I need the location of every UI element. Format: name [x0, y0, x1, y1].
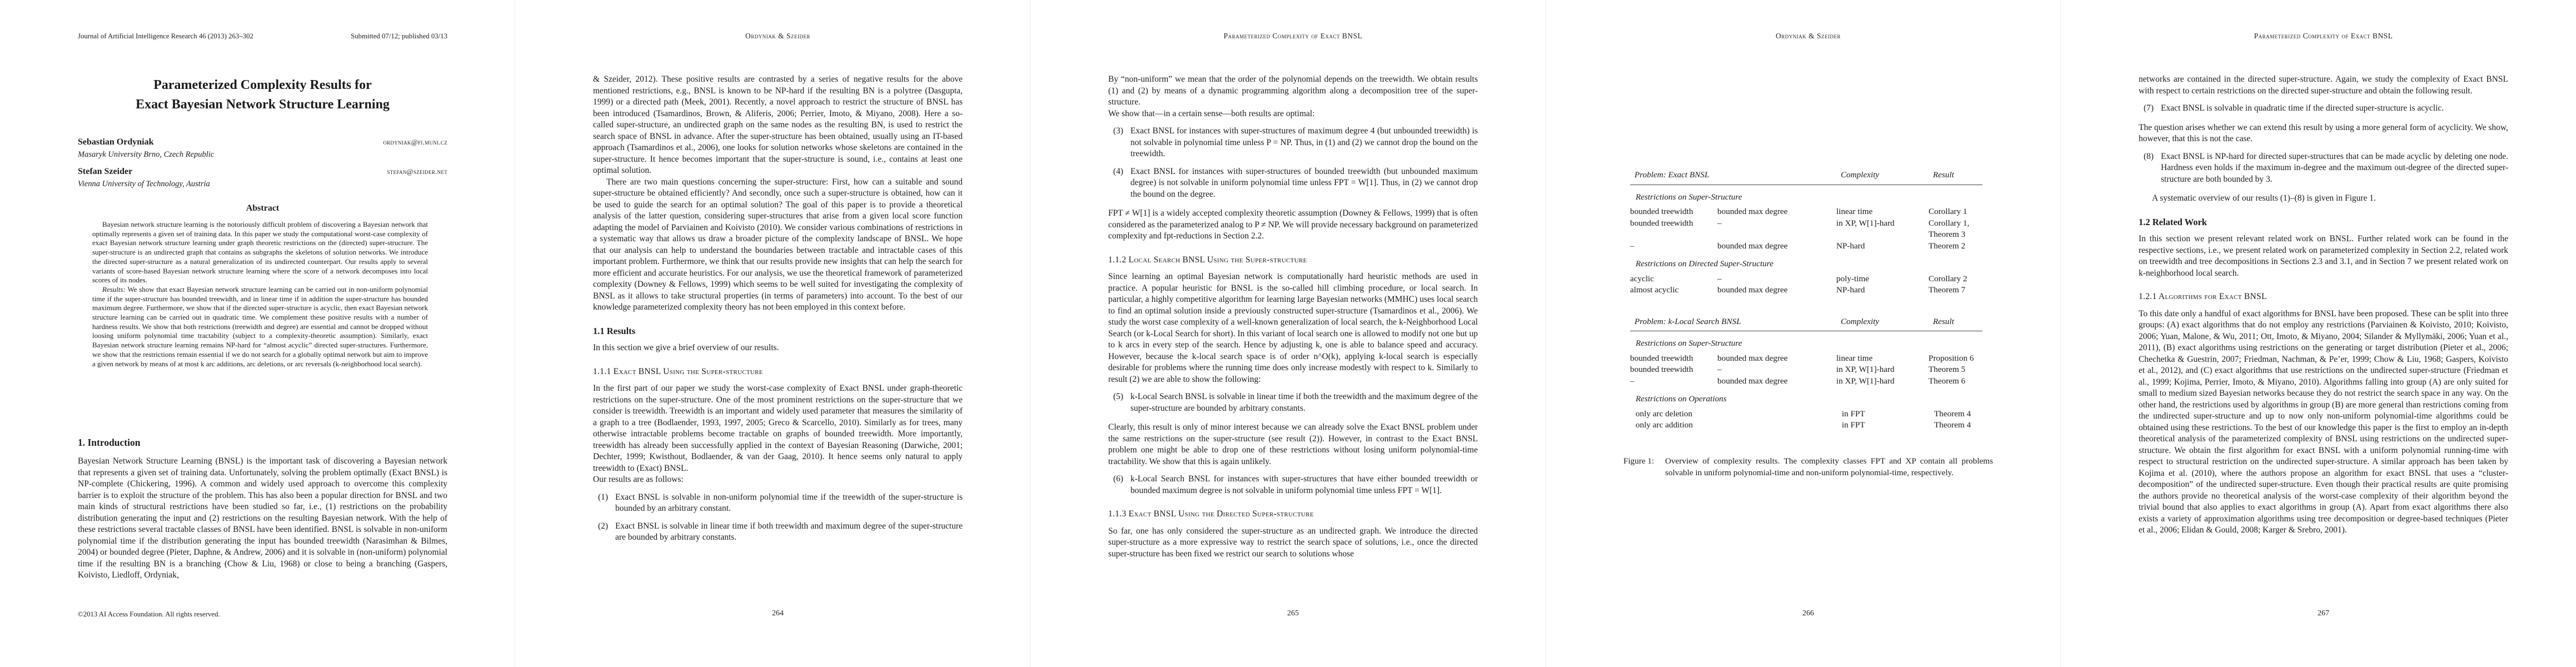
item-text: Exact BNSL is solvable in quadratic time…	[2161, 103, 2444, 113]
item-text: Exact BNSL is solvable in linear time if…	[615, 521, 963, 542]
results-table-exact-bnsl: Problem: Exact BNSL Complexity Result Re…	[1630, 170, 1982, 296]
paragraph-clearly: Clearly, this result is only of minor in…	[1108, 422, 1478, 467]
author-email-1: ordyniak@fi.muni.cz	[383, 138, 447, 147]
paper-title-line1: Parameterized Complexity Results for	[78, 76, 447, 95]
paragraph-question: The question arises whether we can exten…	[2139, 122, 2508, 145]
result-item-8: (8) Exact BNSL is NP-hard for directed s…	[2139, 151, 2508, 186]
page-267: Parameterized Complexity of Exact BNSL n…	[2061, 0, 2576, 667]
author-affiliation-1: Masaryk University Brno, Czech Republic	[78, 150, 447, 160]
section-heading-related-work: 1.2 Related Work	[2139, 217, 2508, 228]
paper-spread: Journal of Artificial Intelligence Resea…	[0, 0, 2576, 667]
item-label: (2)	[598, 521, 608, 532]
page-266: Ordyniak & Szeider Problem: Exact BNSL C…	[1546, 0, 2061, 667]
table-section-heading: Restrictions on Super-Structure	[1636, 192, 1982, 203]
figure-1: Problem: Exact BNSL Complexity Result Re…	[1623, 170, 1993, 431]
running-head: Ordyniak & Szeider	[1623, 32, 1993, 41]
figure-caption-text: Overview of complexity results. The comp…	[1665, 456, 1993, 479]
abstract-results-text: We show that exact Bayesian network stru…	[92, 285, 428, 368]
table-section-heading: Restrictions on Super-Structure	[1636, 338, 1982, 350]
item-text: k-Local Search BNSL for instances with s…	[1130, 474, 1478, 495]
author-row-1: Sebastian Ordyniak ordyniak@fi.muni.cz	[78, 137, 447, 147]
section-heading-1-2-1: 1.2.1 Algorithms for Exact BNSL	[2139, 291, 2508, 303]
page-263: Journal of Artificial Intelligence Resea…	[0, 0, 515, 667]
abstract: Bayesian network structure learning is t…	[92, 220, 428, 369]
item-label: (3)	[1113, 126, 1123, 137]
item-label: (4)	[1113, 166, 1123, 178]
paragraph-localsearch: Since learning an optimal Bayesian netwo…	[1108, 271, 1478, 385]
page-number: 267	[2139, 609, 2508, 618]
table-row: bounded treewidth bounded max degree lin…	[1630, 206, 1982, 218]
abstract-results-lead: Results:	[102, 285, 126, 293]
results-table-local-search-bnsl: Problem: k-Local Search BNSL Complexity …	[1630, 316, 1982, 431]
result-item-3: (3) Exact BNSL for instances with super-…	[1108, 126, 1478, 160]
author-row-2: Stefan Szeider stefan@szeider.net	[78, 167, 447, 177]
table-row: bounded treewidth – in XP, W[1]-hard The…	[1630, 364, 1982, 376]
page-number: 266	[1623, 609, 1993, 618]
table-header-problem: Problem: k-Local Search BNSL	[1630, 316, 1841, 328]
author-email-2: stefan@szeider.net	[387, 167, 447, 176]
section-heading-1-1-3: 1.1.3 Exact BNSL Using the Directed Supe…	[1108, 509, 1478, 520]
author-name-1: Sebastian Ordyniak	[78, 137, 153, 147]
table-row: acyclic – poly-time Corollary 2	[1630, 273, 1982, 285]
page-265-body: By “non-uniform” we mean that the order …	[1108, 74, 1478, 560]
item-text: Exact BNSL is NP-hard for directed super…	[2161, 152, 2508, 184]
table-header: Problem: k-Local Search BNSL Complexity …	[1630, 316, 1982, 332]
paper-title-line2: Exact Bayesian Network Structure Learnin…	[78, 95, 447, 115]
result-item-2: (2) Exact BNSL is solvable in linear tim…	[593, 521, 963, 544]
running-head: Parameterized Complexity of Exact BNSL	[2139, 32, 2508, 41]
item-text: Exact BNSL is solvable in non-uniform po…	[615, 492, 963, 514]
paragraph-treewidth: In the first part of our paper we study …	[593, 383, 963, 474]
journal-line: Journal of Artificial Intelligence Resea…	[78, 32, 253, 41]
table-section-heading: Restrictions on Directed Super-Structure	[1636, 258, 1982, 270]
result-item-4: (4) Exact BNSL for instances with super-…	[1108, 166, 1478, 201]
table-header-problem: Problem: Exact BNSL	[1630, 170, 1841, 181]
item-label: (7)	[2144, 103, 2154, 115]
table-header-complexity: Complexity	[1841, 316, 1933, 328]
item-text: k-Local Search BNSL is solvable in linea…	[1130, 392, 1478, 413]
paragraph-overview: In this section we give a brief overview…	[593, 342, 963, 354]
result-item-5: (5) k-Local Search BNSL is solvable in l…	[1108, 391, 1478, 414]
author-affiliation-2: Vienna University of Technology, Austria	[78, 180, 447, 189]
page-number: 265	[1108, 609, 1478, 618]
page-265: Parameterized Complexity of Exact BNSL B…	[1030, 0, 1546, 667]
paper-title: Parameterized Complexity Results for Exa…	[78, 76, 447, 115]
table-row: only arc addition in FPT Theorem 4	[1630, 420, 1982, 431]
paragraph-fpt: FPT ≠ W[1] is a widely accepted complexi…	[1108, 208, 1478, 242]
table-header-complexity: Complexity	[1841, 170, 1933, 181]
page-267-body: networks are contained in the directed s…	[2139, 74, 2508, 536]
table-row: bounded treewidth bounded max degree lin…	[1630, 353, 1982, 365]
table-header-result: Result	[1933, 316, 1982, 328]
paragraph-sofar: So far, one has only considered the supe…	[1108, 526, 1478, 560]
item-label: (5)	[1113, 391, 1123, 403]
introduction-paragraph: Bayesian Network Structure Learning (BNS…	[78, 456, 447, 581]
running-head: Ordyniak & Szeider	[593, 32, 963, 41]
paragraph-continuation: & Szeider, 2012). These positive results…	[593, 74, 963, 177]
table-section-heading: Restrictions on Operations	[1636, 394, 1982, 405]
journal-header: Journal of Artificial Intelligence Resea…	[78, 32, 447, 41]
item-label: (6)	[1113, 474, 1123, 485]
paragraph-related-work: In this section we present relevant rela…	[2139, 233, 2508, 279]
paragraph-algorithms: To this date only a handful of exact alg…	[2139, 308, 2508, 536]
table-header: Problem: Exact BNSL Complexity Result	[1630, 170, 1982, 185]
item-text: Exact BNSL for instances with super-stru…	[1130, 167, 1478, 199]
table-header-result: Result	[1933, 170, 1982, 181]
result-item-7: (7) Exact BNSL is solvable in quadratic …	[2139, 103, 2508, 115]
table-row: – bounded max degree in XP, W[1]-hard Th…	[1630, 376, 1982, 387]
running-head: Parameterized Complexity of Exact BNSL	[1108, 32, 1478, 41]
table-row: almost acyclic bounded max degree NP-har…	[1630, 285, 1982, 296]
table-row: bounded treewidth – in XP, W[1]-hard Cor…	[1630, 218, 1982, 241]
item-text: Exact BNSL for instances with super-stru…	[1130, 126, 1478, 158]
paragraph-questions: There are two main questions concerning …	[593, 177, 963, 313]
section-heading-1-1-2: 1.1.2 Local Search BNSL Using the Super-…	[1108, 255, 1478, 266]
section-heading-results: 1.1 Results	[593, 326, 963, 337]
section-heading-1-1-1: 1.1.1 Exact BNSL Using the Super-structu…	[593, 366, 963, 378]
result-item-1: (1) Exact BNSL is solvable in non-unifor…	[593, 492, 963, 515]
copyright-footer: ©2013 AI Access Foundation. All rights r…	[78, 610, 447, 619]
section-heading-introduction: 1. Introduction	[78, 437, 447, 449]
abstract-paragraph-1: Bayesian network structure learning is t…	[92, 220, 428, 285]
submitted-line: Submitted 07/12; published 03/13	[351, 32, 447, 41]
author-name-2: Stefan Szeider	[78, 167, 132, 177]
figure-caption-label: Figure 1:	[1623, 456, 1665, 479]
paragraph-systematic-overview: A systematic overview of our results (1)…	[2139, 193, 2508, 205]
table-row: only arc deletion in FPT Theorem 4	[1630, 409, 1982, 420]
abstract-paragraph-2: Results: We show that exact Bayesian net…	[92, 285, 428, 369]
abstract-heading: Abstract	[78, 203, 447, 213]
page-number: 264	[593, 609, 963, 618]
page-264: Ordyniak & Szeider & Szeider, 2012). The…	[515, 0, 1030, 667]
item-label: (1)	[598, 492, 608, 504]
table-row: – bounded max degree NP-hard Theorem 2	[1630, 241, 1982, 252]
paragraph-nonuniform: By “non-uniform” we mean that the order …	[1108, 74, 1478, 108]
paragraph-networks: networks are contained in the directed s…	[2139, 74, 2508, 97]
item-label: (8)	[2144, 151, 2154, 163]
paragraph-follows: Our results are as follows:	[593, 474, 963, 486]
page-264-body: & Szeider, 2012). These positive results…	[593, 74, 963, 544]
result-item-6: (6) k-Local Search BNSL for instances wi…	[1108, 474, 1478, 496]
paragraph-optimal: We show that—in a certain sense—both res…	[1108, 108, 1478, 120]
figure-caption: Figure 1: Overview of complexity results…	[1623, 456, 1993, 479]
